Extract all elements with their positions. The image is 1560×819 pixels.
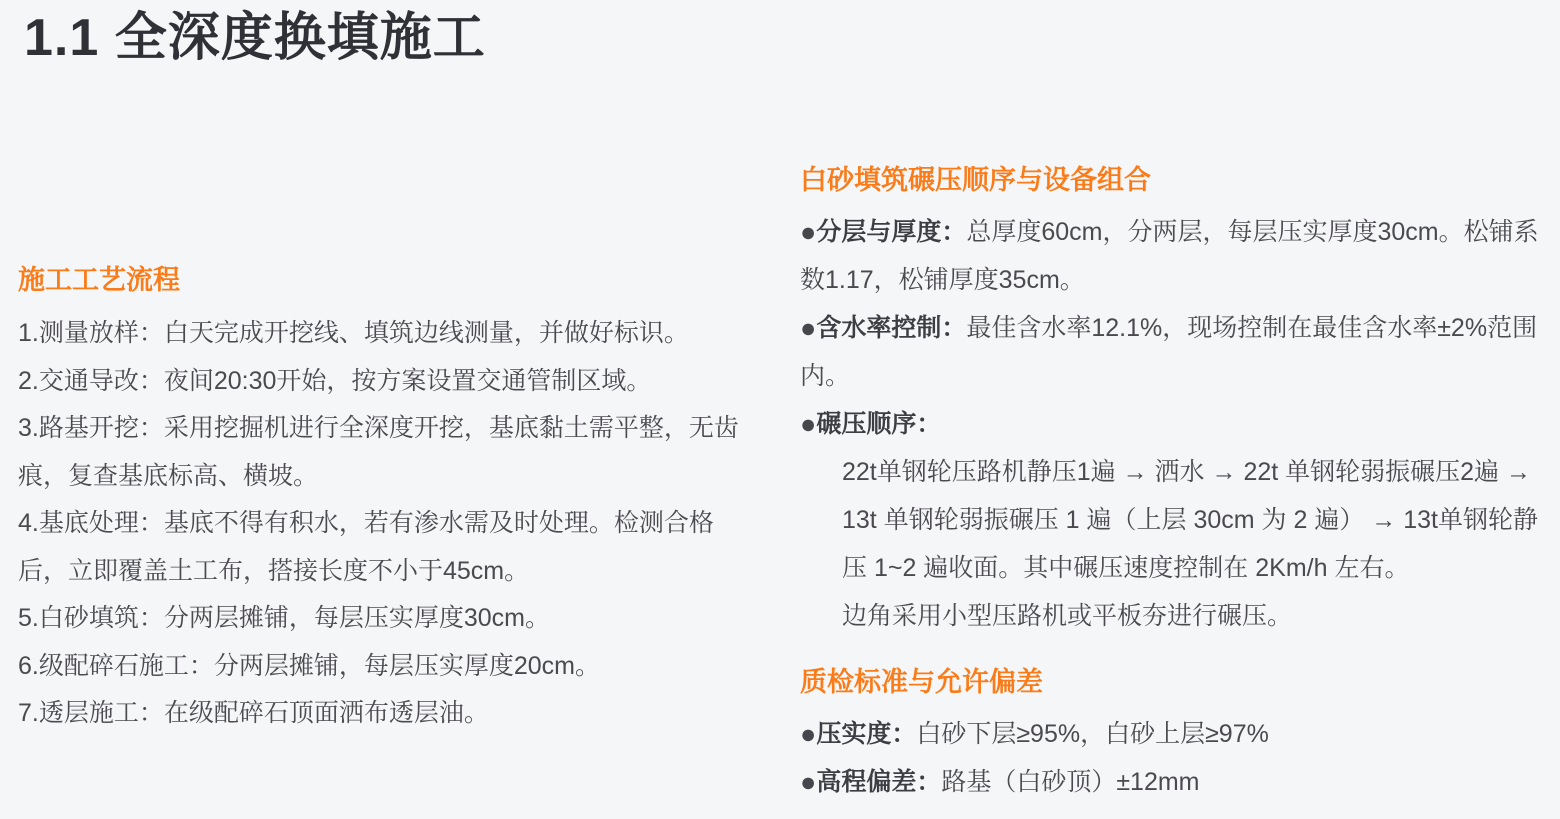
process-step-4: 4.基底处理：基底不得有积水，若有渗水需及时处理。检测合格后，立即覆盖土工布，搭… xyxy=(18,500,746,595)
bullet-text-elevation: 路基（白砂顶）±12mm xyxy=(941,768,1199,796)
bullet-item-layering: ●分层与厚度：总厚度60cm，分两层，每层压实厚度30cm。松铺系数1.17，松… xyxy=(800,208,1540,304)
rolling-bullet-list: ●分层与厚度：总厚度60cm，分两层，每层压实厚度30cm。松铺系数1.17，松… xyxy=(800,208,1540,448)
process-section-heading: 施工工艺流程 xyxy=(18,264,746,296)
bullet-icon: ● xyxy=(800,719,816,749)
bullet-icon: ● xyxy=(800,409,816,439)
rolling-sequence-paragraph: 22t单钢轮压路机静压1遍 → 洒水 → 22t 单钢轮弱振碾压2遍 → 13t… xyxy=(800,448,1540,640)
qc-bullet-list: ●压实度：白砂下层≥95%，白砂上层≥97% ●高程偏差：路基（白砂顶）±12m… xyxy=(800,710,1540,806)
bullet-item-moisture: ●含水率控制：最佳含水率12.1%，现场控制在最佳含水率±2%范围内。 xyxy=(800,304,1540,400)
process-step-7: 7.透层施工：在级配碎石顶面洒布透层油。 xyxy=(18,690,746,738)
bullet-label-rolling-sequence: 碾压顺序： xyxy=(816,410,941,438)
rolling-sequence-line-2: 边角采用小型压路机或平板夯进行碾压。 xyxy=(842,592,1540,640)
bullet-icon: ● xyxy=(800,217,816,247)
bullet-icon: ● xyxy=(800,313,816,343)
process-step-2: 2.交通导改：夜间20:30开始，按方案设置交通管制区域。 xyxy=(18,358,746,406)
process-steps-list: 1.测量放样：白天完成开挖线、填筑边线测量，并做好标识。 2.交通导改：夜间20… xyxy=(18,310,746,738)
bullet-label-elevation: 高程偏差： xyxy=(816,768,941,796)
details-column: 白砂填筑碾压顺序与设备组合 ●分层与厚度：总厚度60cm，分两层，每层压实厚度3… xyxy=(800,164,1540,806)
process-step-5: 5.白砂填筑：分两层摊铺，每层压实厚度30cm。 xyxy=(18,595,746,643)
process-step-3: 3.路基开挖：采用挖掘机进行全深度开挖，基底黏土需平整，无齿痕，复查基底标高、横… xyxy=(18,405,746,500)
bullet-text-compaction: 白砂下层≥95%，白砂上层≥97% xyxy=(916,720,1269,748)
bullet-label-layering: 分层与厚度： xyxy=(816,218,966,246)
bullet-item-rolling-sequence: ●碾压顺序： xyxy=(800,400,1540,448)
bullet-item-elevation: ●高程偏差：路基（白砂顶）±12mm xyxy=(800,758,1540,806)
process-step-6: 6.级配碎石施工：分两层摊铺，每层压实厚度20cm。 xyxy=(18,643,746,691)
bullet-label-moisture: 含水率控制： xyxy=(816,314,966,342)
bullet-label-compaction: 压实度： xyxy=(816,720,916,748)
rolling-sequence-line-1: 22t单钢轮压路机静压1遍 → 洒水 → 22t 单钢轮弱振碾压2遍 → 13t… xyxy=(842,448,1540,592)
bullet-item-compaction: ●压实度：白砂下层≥95%，白砂上层≥97% xyxy=(800,710,1540,758)
qc-section-heading: 质检标准与允许偏差 xyxy=(800,666,1540,698)
bullet-icon: ● xyxy=(800,767,816,797)
process-column: 施工工艺流程 1.测量放样：白天完成开挖线、填筑边线测量，并做好标识。 2.交通… xyxy=(18,264,746,738)
rolling-section-heading: 白砂填筑碾压顺序与设备组合 xyxy=(800,164,1540,196)
process-step-1: 1.测量放样：白天完成开挖线、填筑边线测量，并做好标识。 xyxy=(18,310,746,358)
page-title: 1.1 全深度换填施工 xyxy=(24,6,486,70)
